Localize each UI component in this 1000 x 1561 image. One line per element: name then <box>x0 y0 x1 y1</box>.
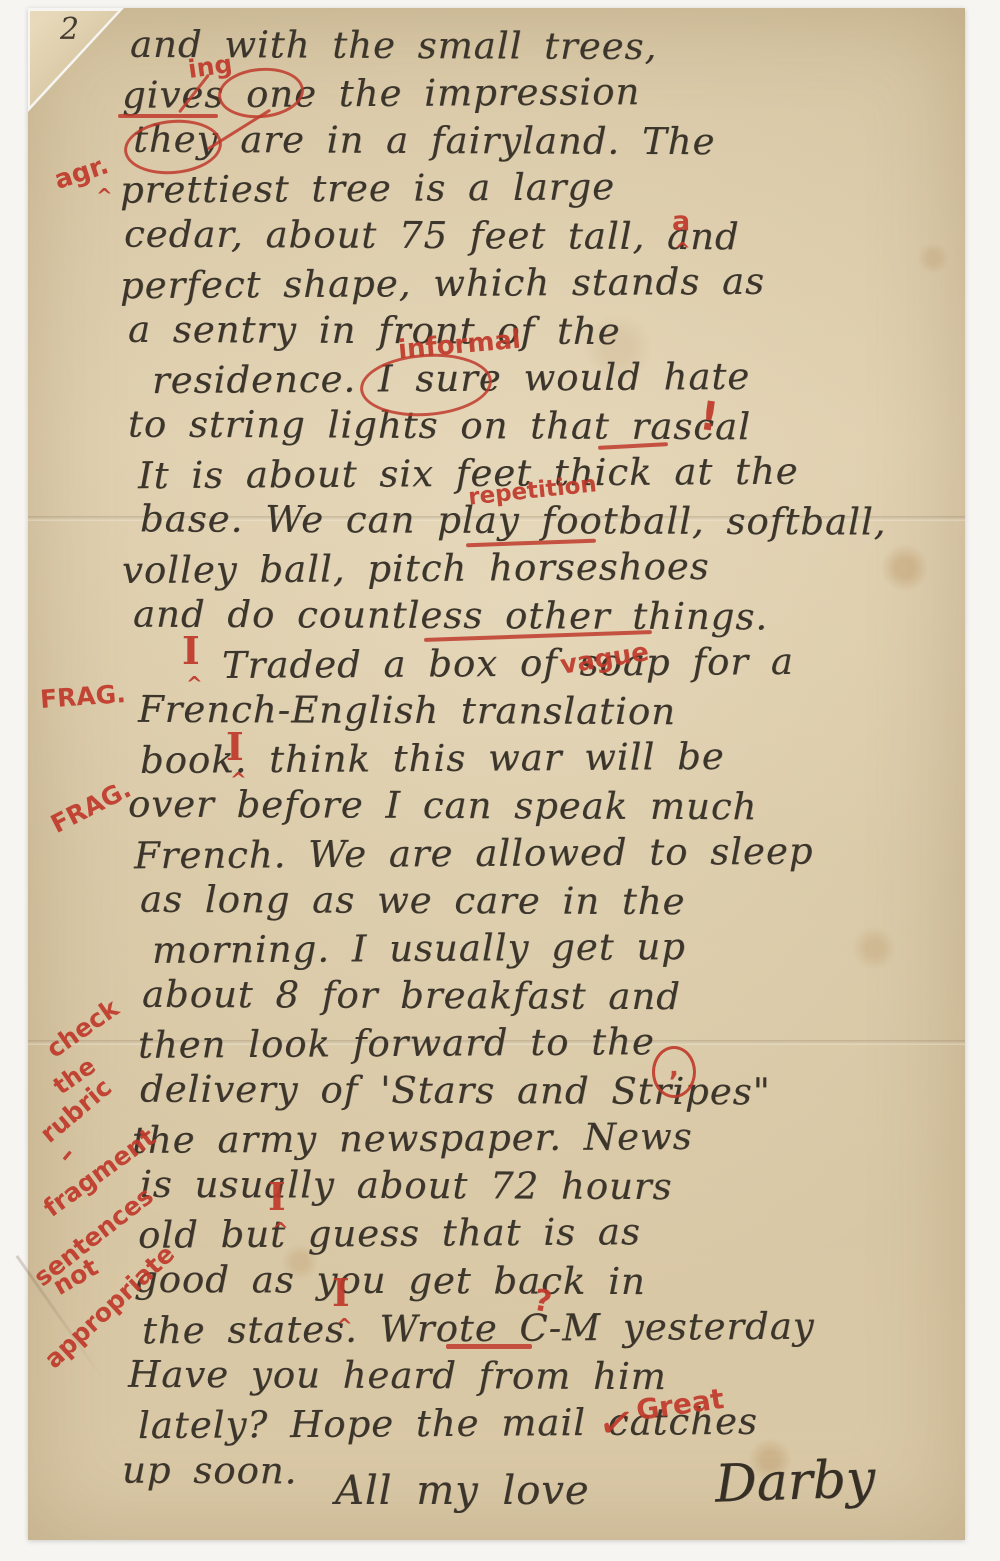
letter-line: Traded a box of soap for a <box>222 640 794 687</box>
letter-line: French. We are allowed to sleep <box>134 829 814 877</box>
page-number: 2 <box>60 12 79 47</box>
letter-line: and do countless other things. <box>133 593 768 639</box>
insert-i-traded-caret: ^ <box>186 672 203 696</box>
agr-caret: ^ <box>96 184 113 208</box>
signature: Darby <box>714 1449 876 1515</box>
letter-line: cedar, about 75 feet tall, and <box>124 213 740 259</box>
insert-i-guess-caret: ^ <box>272 1218 289 1242</box>
letter-line: a sentry in front of the <box>128 308 621 353</box>
insert-i-traded: I <box>182 628 200 673</box>
insert-i-guess: I <box>268 1174 286 1219</box>
letter-line: as long as we care in the <box>140 878 686 923</box>
insert-i-think: I <box>226 724 244 769</box>
letter-closing: All my love <box>335 1468 590 1514</box>
letter-line: Have you heard from him <box>128 1353 667 1398</box>
inserted-a-caret: ^ <box>674 238 691 262</box>
letter-line: the army newspaper. News <box>132 1115 693 1162</box>
letter-line: perfect shape, which stands as <box>120 259 765 307</box>
letter-line: volley ball, pitch horseshoes <box>122 544 710 591</box>
letter-line: up soon. <box>122 1449 298 1493</box>
underline-gives <box>118 114 218 118</box>
letter-line: morning. I usually get up <box>152 925 686 972</box>
check-mark: ✓ <box>595 1396 639 1452</box>
inserted-a: a <box>672 206 690 237</box>
letter-line: French-English translation <box>138 688 676 733</box>
insert-i-wrote-caret: ^ <box>336 1314 353 1338</box>
letter-line: about 8 for breakfast and <box>142 973 681 1018</box>
letter-line: then look forward to the <box>138 1020 655 1067</box>
letter-line: prettiest tree is a large <box>120 165 615 211</box>
letter-line: over before I can speak much <box>128 783 758 829</box>
letter-line: is usually about 72 hours <box>140 1163 673 1208</box>
insert-i-wrote: I <box>332 1270 350 1315</box>
circled-punctuation: , <box>652 1046 696 1098</box>
underline-cm <box>446 1344 532 1349</box>
frag-note-1: FRAG. <box>39 679 127 714</box>
insert-i-think-caret: ^ <box>230 768 247 792</box>
letter-line: old but guess that is as <box>138 1210 641 1257</box>
letter-line: good as you get back in <box>134 1258 646 1303</box>
scanned-letter-page: { "page": { "number": "2", "closing": "A… <box>0 0 1000 1561</box>
